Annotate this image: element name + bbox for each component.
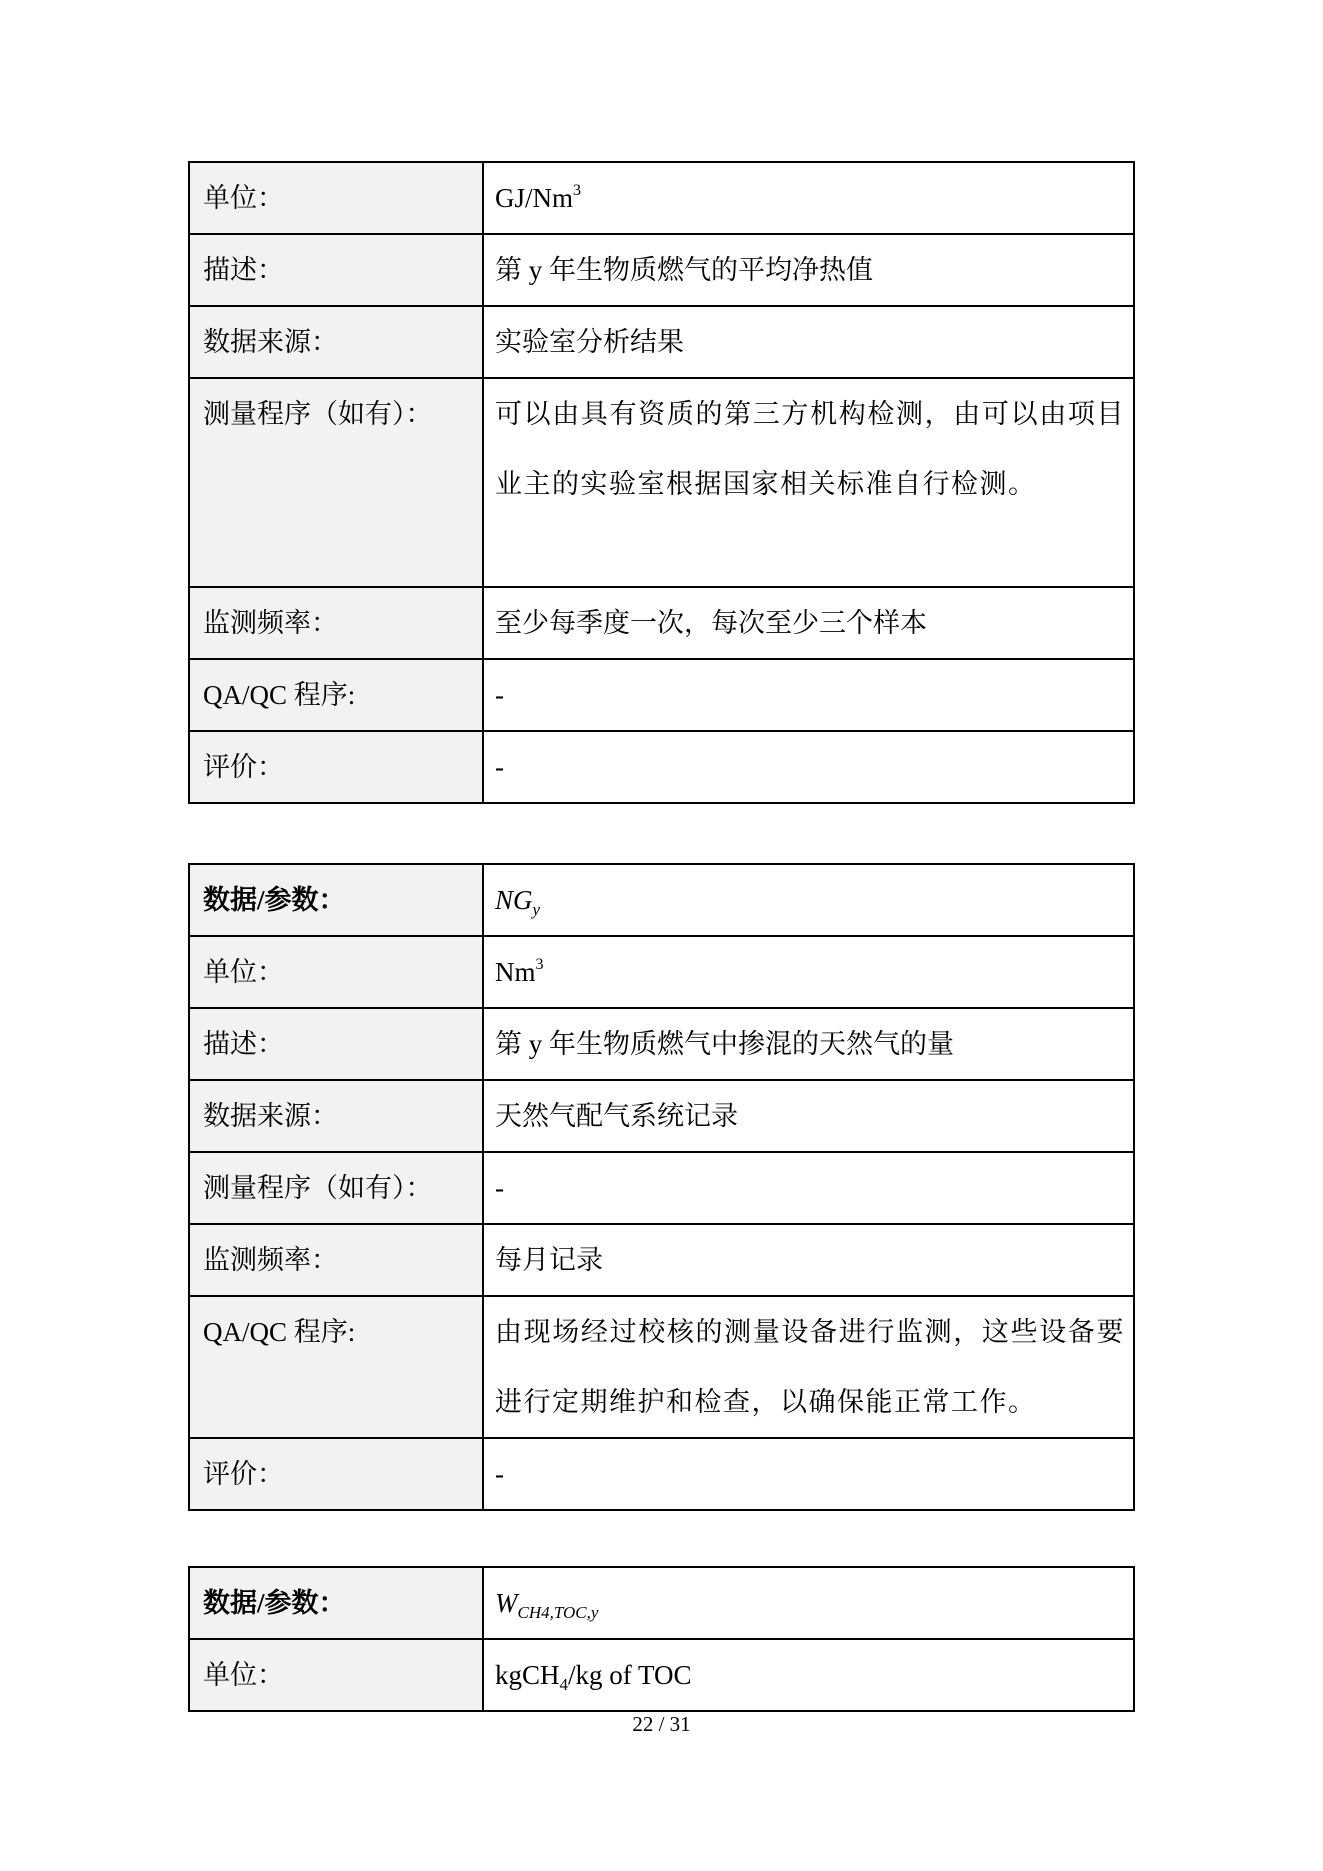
row-label: 描述： [189, 234, 483, 306]
row-value-parameter: WCH4,TOC,y [483, 1567, 1134, 1639]
table-row: 单位： kgCH4/kg of TOC [189, 1639, 1134, 1711]
row-value-unit: Nm3 [483, 936, 1134, 1008]
row-label: QA/QC 程序: [189, 1296, 483, 1438]
table-row: 监测频率： 每月记录 [189, 1224, 1134, 1296]
row-value: - [483, 1438, 1134, 1510]
row-label: 单位： [189, 162, 483, 234]
table-row: 数据来源： 天然气配气系统记录 [189, 1080, 1134, 1152]
row-value: 至少每季度一次，每次至少三个样本 [483, 587, 1134, 659]
table-row: 测量程序（如有）： - [189, 1152, 1134, 1224]
table-row: QA/QC 程序: - [189, 659, 1134, 731]
table-row: 数据来源： 实验室分析结果 [189, 306, 1134, 378]
table-row: 数据/参数： WCH4,TOC,y [189, 1567, 1134, 1639]
row-value: 每月记录 [483, 1224, 1134, 1296]
row-label: 单位： [189, 936, 483, 1008]
table-row: 测量程序（如有）： 可以由具有资质的第三方机构检测，由可以由项目业主的实验室根据… [189, 378, 1134, 587]
table-row: 监测频率： 至少每季度一次，每次至少三个样本 [189, 587, 1134, 659]
page-number: 22 / 31 [0, 1711, 1323, 1737]
row-value-unit: kgCH4/kg of TOC [483, 1639, 1134, 1711]
row-value-parameter: NGy [483, 864, 1134, 936]
row-label: 评价： [189, 1438, 483, 1510]
table-row: 描述： 第 y 年生物质燃气中掺混的天然气的量 [189, 1008, 1134, 1080]
row-label: QA/QC 程序: [189, 659, 483, 731]
row-label: 监测频率： [189, 1224, 483, 1296]
row-value-unit: GJ/Nm3 [483, 162, 1134, 234]
row-label: 单位： [189, 1639, 483, 1711]
row-label: 描述： [189, 1008, 483, 1080]
table-row: 单位： GJ/Nm3 [189, 162, 1134, 234]
row-label: 数据来源： [189, 1080, 483, 1152]
row-label: 测量程序（如有）： [189, 1152, 483, 1224]
table-row: QA/QC 程序: 由现场经过校核的测量设备进行监测，这些设备要进行定期维护和检… [189, 1296, 1134, 1438]
row-label: 监测频率： [189, 587, 483, 659]
parameter-table-methane-toc: 数据/参数： WCH4,TOC,y 单位： kgCH4/kg of TOC [188, 1566, 1135, 1712]
table-row: 评价： - [189, 1438, 1134, 1510]
parameter-table-net-calorific-value: 单位： GJ/Nm3 描述： 第 y 年生物质燃气的平均净热值 数据来源： 实验… [188, 161, 1135, 804]
table-row: 数据/参数： NGy [189, 864, 1134, 936]
row-value: - [483, 659, 1134, 731]
row-value: - [483, 731, 1134, 803]
row-value: 第 y 年生物质燃气中掺混的天然气的量 [483, 1008, 1134, 1080]
row-value: 天然气配气系统记录 [483, 1080, 1134, 1152]
row-value: 由现场经过校核的测量设备进行监测，这些设备要进行定期维护和检查，以确保能正常工作… [483, 1296, 1134, 1438]
table-row: 描述： 第 y 年生物质燃气的平均净热值 [189, 234, 1134, 306]
row-value: - [483, 1152, 1134, 1224]
table-row: 评价： - [189, 731, 1134, 803]
row-value: 可以由具有资质的第三方机构检测，由可以由项目业主的实验室根据国家相关标准自行检测… [483, 378, 1134, 587]
row-value: 第 y 年生物质燃气的平均净热值 [483, 234, 1134, 306]
row-label: 数据/参数： [189, 1567, 483, 1639]
row-label: 评价： [189, 731, 483, 803]
row-label: 数据来源： [189, 306, 483, 378]
row-label: 数据/参数： [189, 864, 483, 936]
row-value: 实验室分析结果 [483, 306, 1134, 378]
parameter-table-natural-gas: 数据/参数： NGy 单位： Nm3 描述： 第 y 年生物质燃气中掺混的天然气… [188, 863, 1135, 1511]
table-row: 单位： Nm3 [189, 936, 1134, 1008]
row-label: 测量程序（如有）： [189, 378, 483, 587]
